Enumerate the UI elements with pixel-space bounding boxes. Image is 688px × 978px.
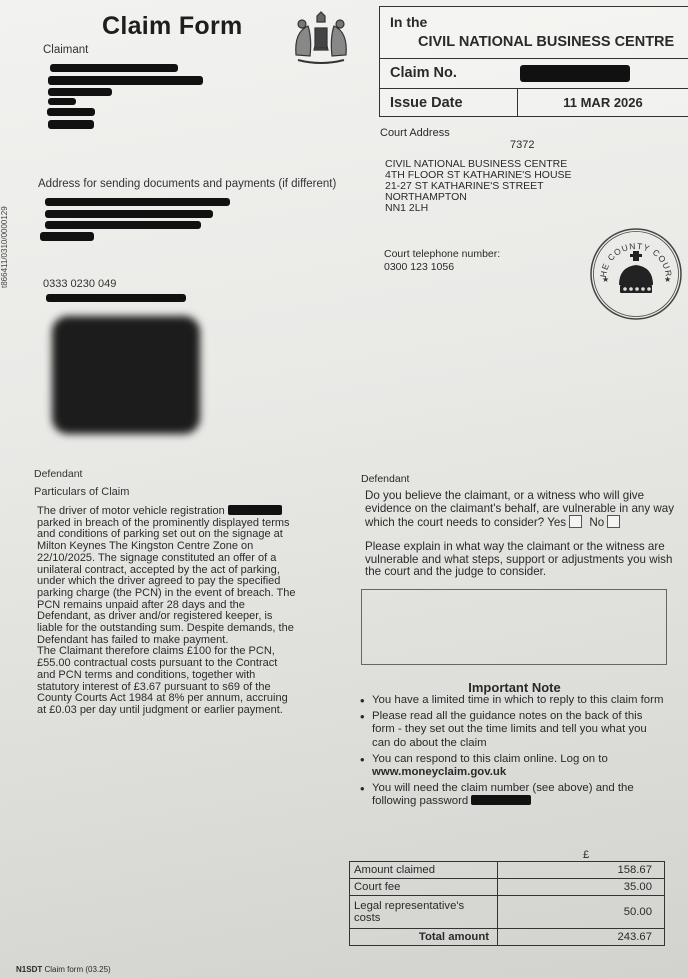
form-footer: N1SDT Claim form (03.25) xyxy=(16,965,111,974)
service-reference-redacted xyxy=(46,294,186,302)
service-address-label: Address for sending documents and paymen… xyxy=(38,178,336,190)
vulnerability-explain-field[interactable] xyxy=(361,589,667,665)
note-item: You can respond to this claim online. Lo… xyxy=(360,753,666,779)
no-checkbox[interactable] xyxy=(607,515,620,528)
form-title: Claim Form xyxy=(102,12,243,41)
court-header-box: In the CIVIL NATIONAL BUSINESS CENTRE Cl… xyxy=(379,6,688,117)
service-phone: 0333 0230 049 xyxy=(43,278,116,290)
note-item: Please read all the guidance notes on th… xyxy=(360,710,666,750)
currency-symbol: £ xyxy=(583,849,589,861)
court-telephone: 0300 123 1056 xyxy=(384,261,454,273)
total-row: Total amount243.67 xyxy=(350,929,665,946)
side-reference-code: t866411/0310/0000129 xyxy=(0,188,14,288)
yes-checkbox[interactable] xyxy=(569,515,582,528)
claim-no-label: Claim No. xyxy=(390,65,457,81)
svg-text:★: ★ xyxy=(664,275,671,284)
issue-date: 11 MAR 2026 xyxy=(517,95,688,110)
particulars-of-claim: The driver of motor vehicle registration… xyxy=(37,505,297,717)
defendant-label: Defendant xyxy=(34,468,82,480)
particulars-label: Particulars of Claim xyxy=(34,486,129,498)
court-name: CIVIL NATIONAL BUSINESS CENTRE xyxy=(380,30,688,58)
table-row: Amount claimed158.67 xyxy=(350,862,665,879)
county-court-seal-icon: THE COUNTY COURT ★ ★ xyxy=(589,227,683,321)
vulnerability-explain-prompt: Please explain in what way the claimant … xyxy=(365,541,675,579)
court-code: 7372 xyxy=(510,139,534,151)
registration-redacted xyxy=(228,505,282,515)
table-row: Court fee35.00 xyxy=(350,879,665,896)
defendant-address-redacted xyxy=(52,316,200,434)
note-item: You have a limited time in which to repl… xyxy=(360,694,666,707)
court-address-label: Court Address xyxy=(380,127,450,139)
issue-date-label: Issue Date xyxy=(390,95,463,111)
table-row: Legal representative's costs50.00 xyxy=(350,896,665,929)
claimant-label: Claimant xyxy=(43,44,88,56)
in-the-label: In the xyxy=(380,7,688,30)
password-redacted xyxy=(471,795,531,805)
important-note-list: You have a limited time in which to repl… xyxy=(360,694,666,812)
royal-crest-icon xyxy=(286,10,356,65)
court-address: CIVIL NATIONAL BUSINESS CENTRE 4TH FLOOR… xyxy=(385,159,572,214)
vulnerability-question: Do you believe the claimant, or a witnes… xyxy=(365,490,675,530)
important-note-title: Important Note xyxy=(362,680,667,695)
defendant-label-right: Defendant xyxy=(361,473,409,485)
court-telephone-label: Court telephone number: xyxy=(384,248,500,260)
note-item: You will need the claim number (see abov… xyxy=(360,782,666,808)
amounts-table: Amount claimed158.67 Court fee35.00 Lega… xyxy=(349,861,665,946)
svg-text:★: ★ xyxy=(602,275,609,284)
claim-no-redacted xyxy=(520,65,630,82)
moneyclaim-link[interactable]: www.moneyclaim.gov.uk xyxy=(372,766,506,778)
